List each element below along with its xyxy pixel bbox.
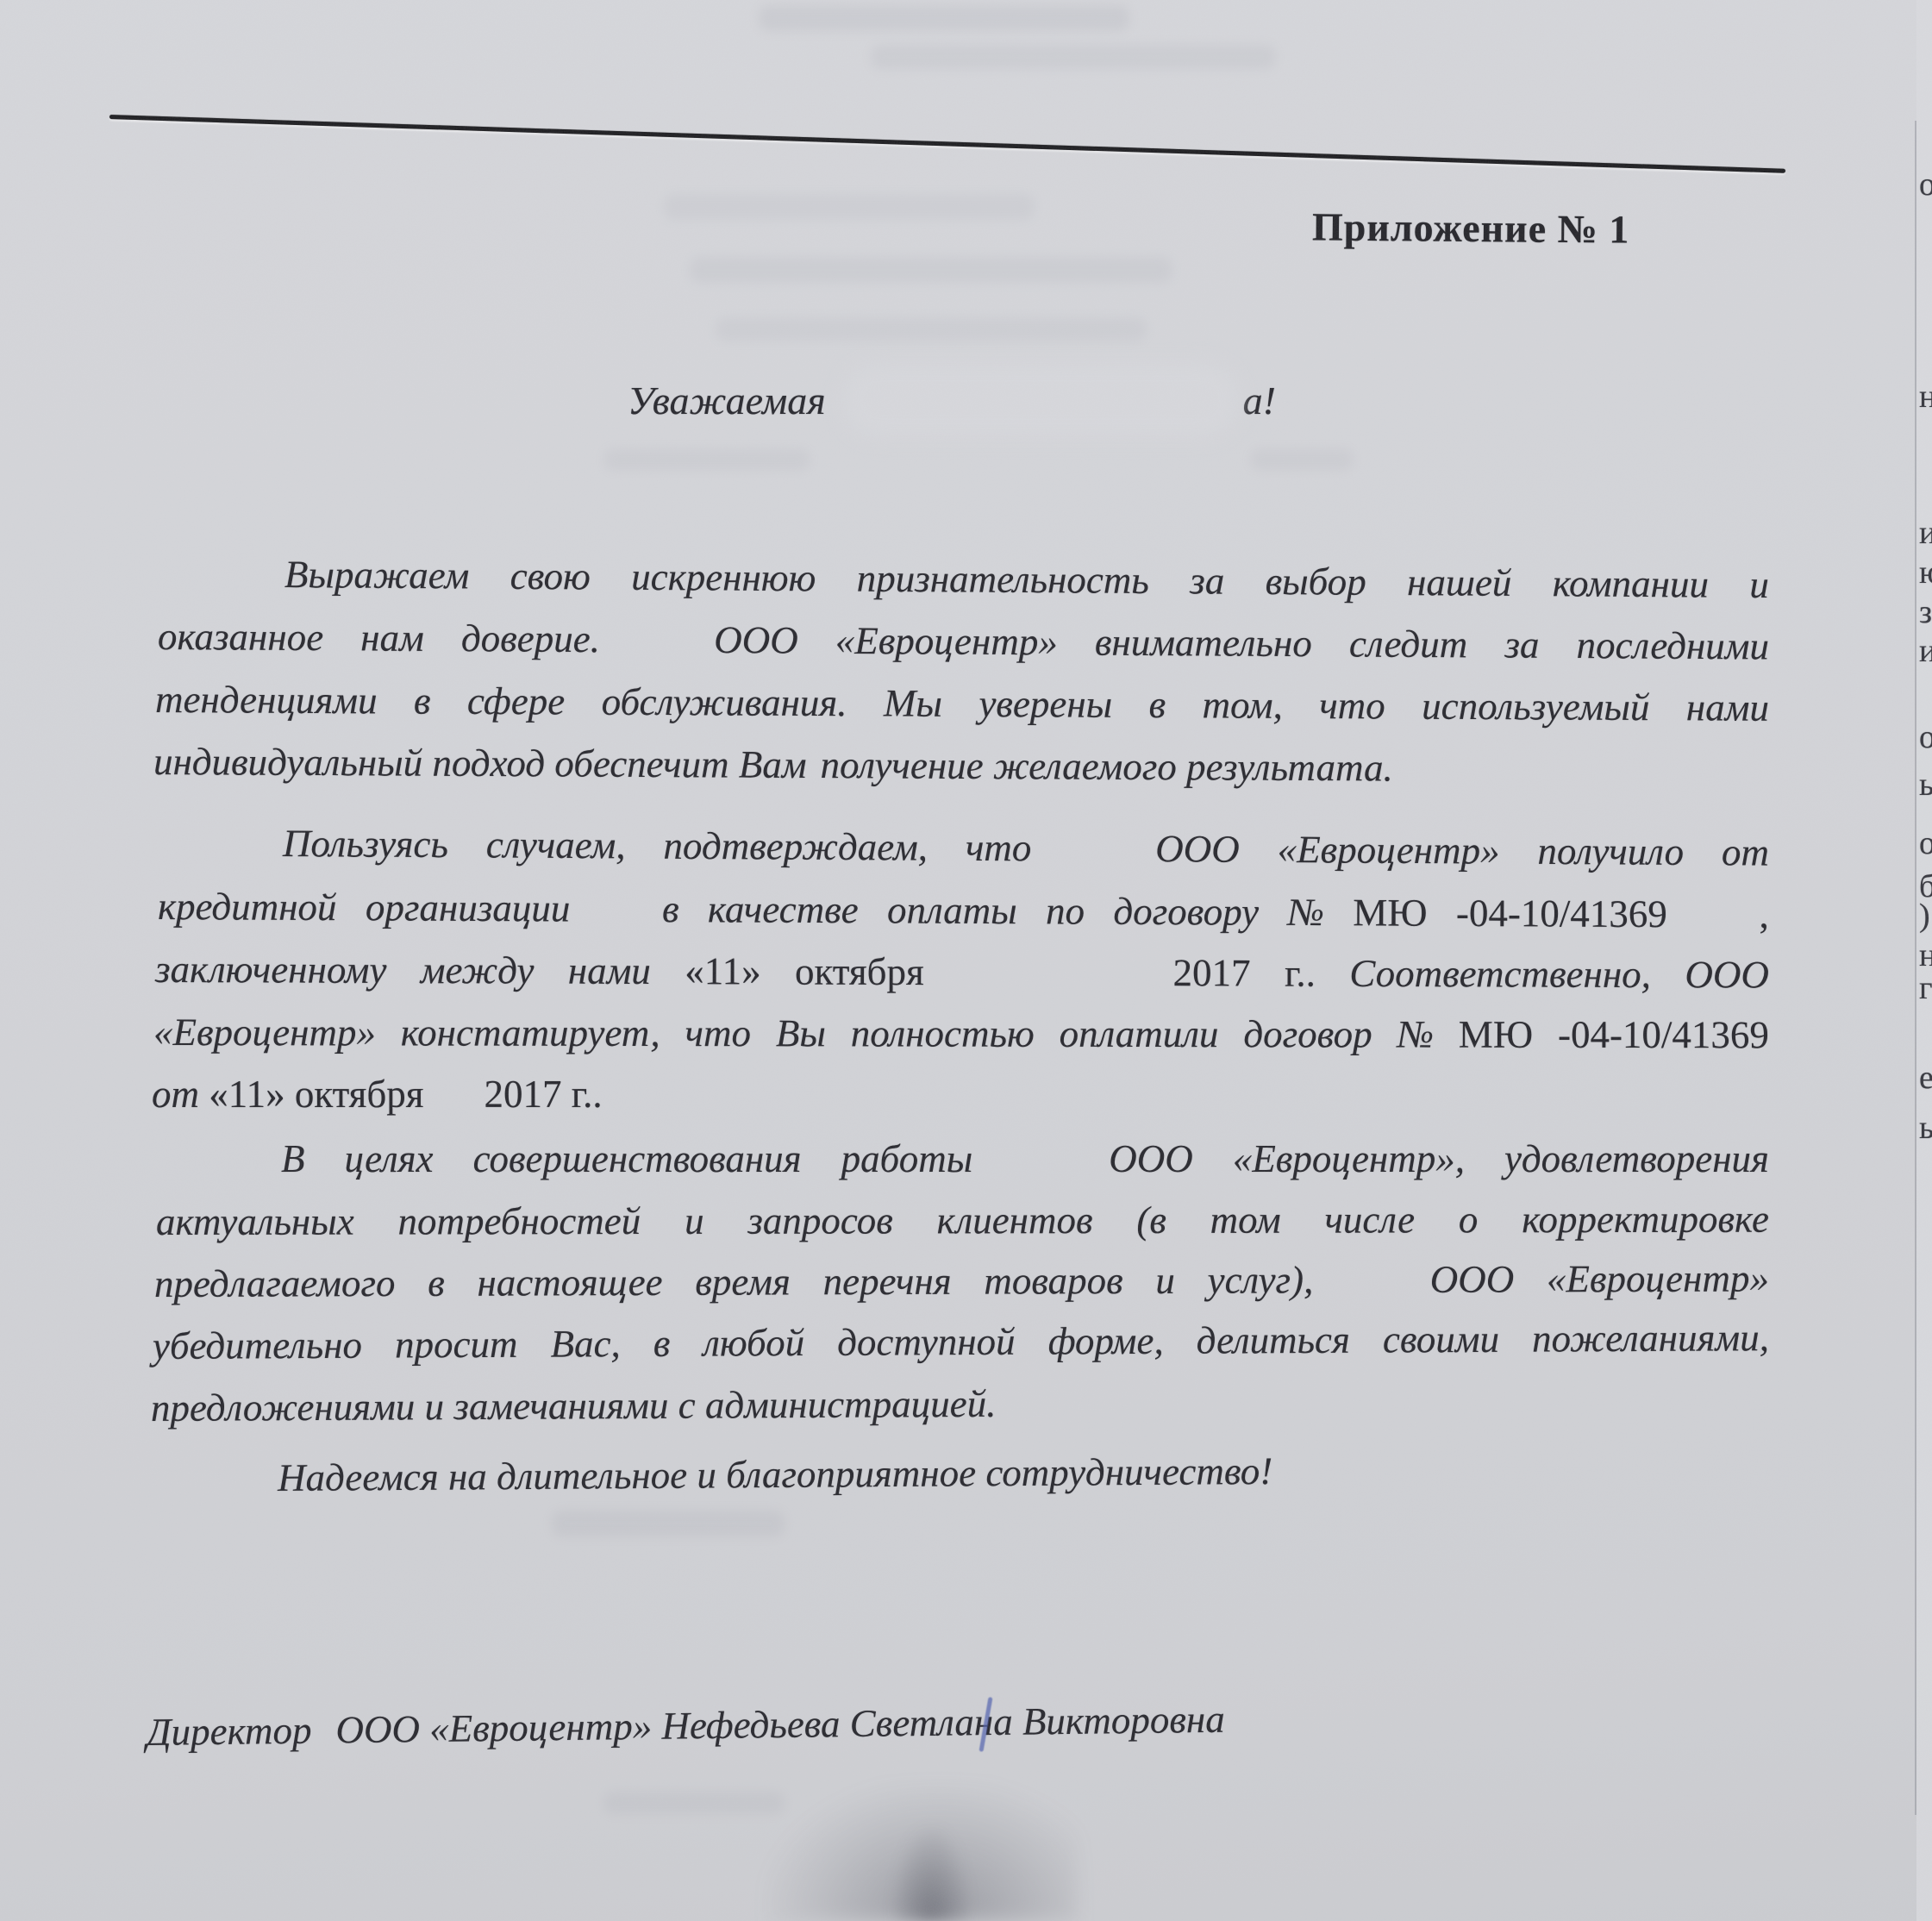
word: доступной <box>837 1319 1016 1365</box>
word: корректировке <box>1522 1197 1769 1242</box>
word: нами <box>1686 685 1769 730</box>
letter-line: кредитнойорганизациивкачествеоплатыподог… <box>158 884 1769 944</box>
word: искреннюю <box>631 554 816 600</box>
word: запросов <box>747 1198 893 1243</box>
word: «Евроцентр» <box>1278 827 1500 873</box>
word: Вы <box>776 1011 826 1055</box>
word: том <box>1210 1198 1281 1242</box>
word: работы <box>841 1136 973 1181</box>
word: в <box>662 886 679 931</box>
word: в <box>414 679 431 723</box>
word: любой <box>703 1320 804 1366</box>
word: договору <box>1113 889 1259 935</box>
letter-line: Выражаемсвоюискреннююпризнательностьзавы… <box>284 552 1769 614</box>
word: в <box>1148 682 1166 727</box>
word: свою <box>510 554 591 599</box>
text-run: от <box>152 1073 199 1116</box>
word: констатирует, <box>401 1011 660 1056</box>
text-run: 2017 г.. <box>484 1073 602 1116</box>
word: выбор <box>1266 559 1366 604</box>
word: том, <box>1202 682 1283 727</box>
word: нашей <box>1407 560 1512 605</box>
letter-line: ВцеляхсовершенствованияработыООО«Евроцен… <box>281 1136 1769 1188</box>
ghost-line <box>664 194 1035 220</box>
word: № <box>1397 1012 1434 1057</box>
word: организации <box>366 885 571 930</box>
word: договор <box>1243 1011 1372 1056</box>
word: № <box>1287 890 1324 935</box>
ghost-line <box>759 5 1129 31</box>
letter-line: Надеемся на длительное и благоприятное с… <box>278 1449 1273 1507</box>
word: что <box>1319 683 1385 728</box>
word: просит <box>395 1322 518 1367</box>
word: в <box>653 1321 671 1366</box>
text-run: ООО «Евроцентр» Нефедьева Светлана Викто… <box>335 1698 1225 1752</box>
letter-line: предложениями и замечаниями с администра… <box>151 1381 997 1437</box>
word: В <box>281 1136 305 1181</box>
text-run: Директор <box>147 1709 312 1754</box>
word: доверие. <box>461 616 600 661</box>
word: между <box>421 948 535 992</box>
word: оказанное <box>158 614 323 660</box>
letter-line: тенденциямивсфереобслуживания.Мыувереныв… <box>155 677 1769 737</box>
edge-text-fragment: и <box>1919 514 1932 552</box>
edge-text-fragment: ь <box>1919 1109 1932 1147</box>
edge-text-fragment: и <box>1919 632 1932 670</box>
text-run: получение желаемого результата. <box>820 743 1393 789</box>
letter-line: оказанноенамдоверие.ООО«Евроцентр»внимат… <box>158 614 1769 675</box>
ghost-line <box>552 1511 785 1536</box>
word: удовлетворения <box>1504 1136 1769 1181</box>
word: о <box>1459 1197 1479 1242</box>
edge-text-fragment: ) <box>1919 897 1930 935</box>
word: Вас, <box>550 1321 620 1366</box>
ghost-line <box>716 317 1147 341</box>
word: и <box>1155 1258 1175 1303</box>
word: перечня <box>822 1259 951 1305</box>
word: делиться <box>1197 1317 1350 1363</box>
word: Мы <box>884 680 942 725</box>
word: своими <box>1383 1317 1499 1362</box>
edge-text-fragment: о <box>1919 718 1932 756</box>
word: г.. <box>1285 951 1316 996</box>
word: сфере <box>467 679 566 724</box>
top-rule <box>109 115 1785 173</box>
word: «Евроцентр» <box>153 1010 376 1054</box>
spacer <box>958 985 1139 986</box>
word: время <box>695 1259 791 1304</box>
shadow-smudge-dark <box>892 1828 970 1921</box>
ghost-line <box>1250 448 1354 471</box>
word: и <box>1749 562 1769 607</box>
text-run: индивидуальный подход обеспечит Вам <box>153 740 807 786</box>
letter-line: Пользуясьслучаем,подтверждаем,чтоООО«Евр… <box>283 821 1769 882</box>
text-run: предложениями и замечаниями с администра… <box>151 1382 997 1430</box>
word: услуг), <box>1207 1257 1313 1302</box>
edge-text-fragment: ы <box>1919 766 1932 804</box>
letter-line: предлагаемоговнастоящеевремяперечнятовар… <box>154 1255 1769 1313</box>
word: числе <box>1324 1197 1415 1242</box>
word: используемый <box>1422 684 1650 729</box>
word: обслуживания. <box>602 679 847 725</box>
word: Соответственно, <box>1349 951 1651 997</box>
word: совершенствования <box>473 1136 802 1181</box>
word: что <box>966 825 1032 870</box>
word: качестве <box>708 886 859 932</box>
word: «Евроцентр», <box>1233 1136 1465 1181</box>
word: ООО <box>714 617 798 663</box>
word: ООО <box>1430 1256 1515 1301</box>
word: последними <box>1576 623 1769 668</box>
word: кредитной <box>158 884 337 929</box>
letter-line: заключенномумеждунами«11»октября2017г..С… <box>155 947 1769 1004</box>
word: «11» <box>685 948 761 993</box>
word: от <box>1722 829 1769 874</box>
word: признательность <box>857 556 1149 603</box>
word: следит <box>1349 621 1468 666</box>
word: и <box>685 1198 704 1243</box>
redaction-patch <box>852 372 1229 428</box>
word: получило <box>1537 829 1684 874</box>
salutation-opening: Уважаемая <box>628 378 826 423</box>
word: компании <box>1553 560 1710 606</box>
word: клиентов <box>937 1198 1093 1242</box>
word: потребностей <box>397 1198 641 1243</box>
word: -04-10/41369 <box>1456 891 1667 936</box>
word: полностью <box>851 1011 1035 1055</box>
word: уверены <box>979 681 1112 727</box>
word: внимательно <box>1095 620 1312 666</box>
word: Пользуясь <box>283 821 448 867</box>
word: оплаты <box>887 887 1017 933</box>
salutation-line: Уважаемая а! <box>628 372 1276 428</box>
word: товаров <box>984 1258 1122 1304</box>
word: оплатили <box>1060 1011 1219 1056</box>
word: настоящее <box>477 1260 662 1305</box>
page-edge-seam <box>1915 121 1916 1815</box>
letter-line: индивидуальный подход обеспечит Вамполуч… <box>153 739 1393 798</box>
word: за <box>1504 623 1539 667</box>
word: «Евроцентр» <box>1547 1255 1769 1301</box>
ghost-line <box>603 1792 785 1814</box>
word: ООО <box>1109 1136 1193 1181</box>
word: нам <box>360 615 424 660</box>
edge-text-fragment: з <box>1919 593 1932 631</box>
ghost-line <box>603 448 810 471</box>
word: целях <box>345 1136 434 1181</box>
word: случаем, <box>486 822 626 867</box>
edge-text-fragment: ю <box>1919 554 1932 591</box>
letter-line: актуальныхпотребностейизапросовклиентов(… <box>156 1197 1769 1251</box>
word: убедительно <box>153 1323 362 1368</box>
word: тенденциями <box>155 677 378 723</box>
word: нами <box>568 948 651 993</box>
word: (в <box>1136 1198 1166 1242</box>
word: МЮ <box>1459 1012 1533 1057</box>
word: в <box>428 1261 445 1305</box>
word: ООО <box>1155 826 1240 872</box>
word: подтверждаем, <box>663 823 928 870</box>
edge-text-fragment: г <box>1919 969 1932 1007</box>
word: заключенному <box>155 947 387 992</box>
text-run: «11» октября <box>199 1073 423 1116</box>
edge-text-fragment: е <box>1919 1059 1932 1097</box>
letter-line: «Евроцентр»констатирует,чтоВыполностьюоп… <box>153 1010 1769 1064</box>
letter-line: ДиректорООО «Евроцентр» Нефедьева Светла… <box>147 1697 1225 1761</box>
word: пожеланиями, <box>1532 1315 1769 1361</box>
text-run: Надеемся на длительное и благоприятное с… <box>278 1449 1273 1499</box>
word: Выражаем <box>284 552 470 598</box>
word: 2017 <box>1172 950 1250 995</box>
appendix-title: Приложение № 1 <box>1312 203 1630 252</box>
word: октября <box>795 949 924 995</box>
word: предлагаемого <box>154 1261 396 1306</box>
word: за <box>1190 558 1224 603</box>
word: по <box>1046 888 1085 933</box>
ghost-line <box>690 257 1172 283</box>
word: что <box>685 1011 751 1055</box>
letter-line: от «11» октября2017 г.. <box>152 1072 603 1123</box>
word: «Евроцентр» <box>835 618 1058 665</box>
letter-line: убедительнопроситВас,влюбойдоступнойформ… <box>153 1315 1769 1375</box>
word: форме, <box>1047 1318 1163 1364</box>
edge-text-fragment: о <box>1919 824 1932 862</box>
edge-text-fragment: о <box>1919 166 1932 203</box>
photographed-letter-page: { "document": { "appendix_label": "Прило… <box>0 0 1932 1921</box>
ghost-line <box>871 45 1276 69</box>
word: , <box>1760 892 1770 937</box>
word: МЮ <box>1353 890 1428 935</box>
word: актуальных <box>156 1199 354 1244</box>
word: -04-10/41369 <box>1558 1012 1769 1057</box>
edge-text-fragment: н <box>1919 378 1932 416</box>
word: ООО <box>1685 952 1769 997</box>
salutation-ending: а! <box>1243 378 1276 423</box>
